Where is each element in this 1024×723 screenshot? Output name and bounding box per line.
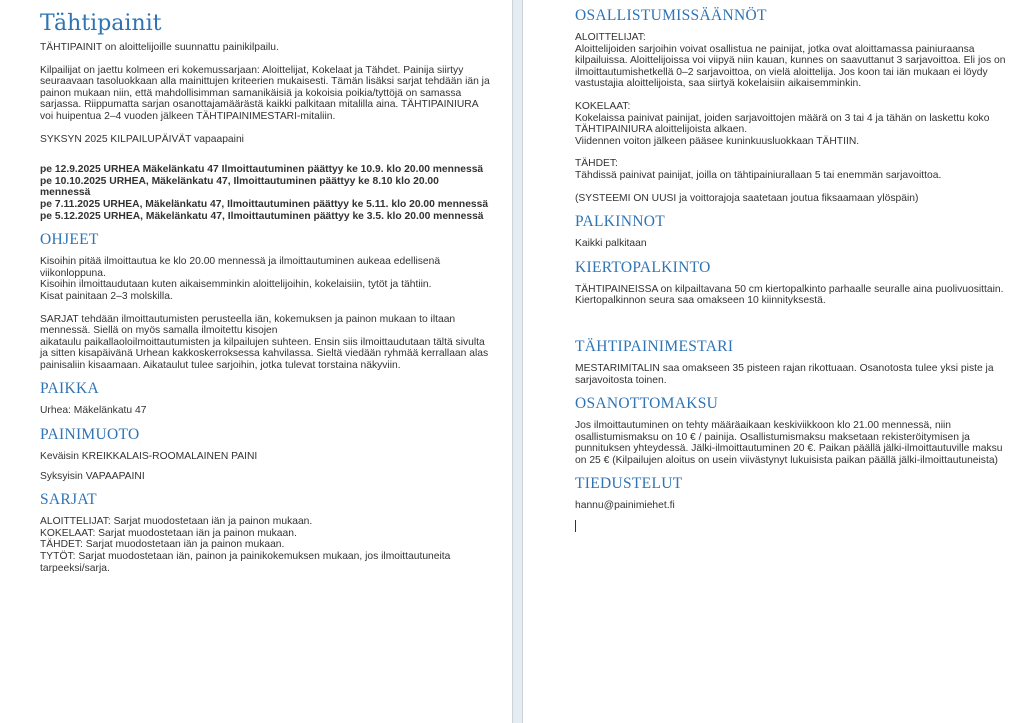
section-heading-kiertopalkinto: KIERTOPALKINTO — [575, 258, 1014, 278]
ohjeet-paragraph-1[interactable]: Kisoihin pitää ilmoittautua ke klo 20.00… — [40, 256, 492, 279]
paikka-text[interactable]: Urhea: Mäkelänkatu 47 — [40, 405, 492, 417]
text-cursor — [575, 520, 576, 532]
competition-date-2[interactable]: pe 10.10.2025 URHEA, Mäkelänkatu 47, Ilm… — [40, 176, 492, 199]
kiertopalkinto-text[interactable]: TÄHTIPAINEISSA on kilpailtavana 50 cm ki… — [575, 284, 1014, 307]
kokelaat-rules[interactable]: Kokelaissa painivat painijat, joiden sar… — [575, 113, 1014, 136]
section-heading-palkinnot: PALKINNOT — [575, 212, 1014, 232]
sarjat-line-tahdet[interactable]: TÄHDET: Sarjat muodostetaan iän ja paino… — [40, 539, 492, 551]
document-title: Tähtipainit — [40, 10, 492, 38]
painimuoto-autumn[interactable]: Syksyisin VAPAAPAINI — [40, 471, 492, 483]
section-heading-painimuoto: PAINIMUOTO — [40, 425, 492, 445]
page-left-content: Tähtipainit TÄHTIPAINIT on aloittelijoil… — [40, 0, 492, 574]
section-heading-paikka: PAIKKA — [40, 379, 492, 399]
osanottomaksu-text[interactable]: Jos ilmoittautuminen on tehty määräaikaa… — [575, 420, 1014, 466]
sarjat-line-aloittelijat[interactable]: ALOITTELIJAT: Sarjat muodostetaan iän ja… — [40, 516, 492, 528]
empty-paragraph[interactable] — [575, 520, 1014, 532]
competition-date-1[interactable]: pe 12.9.2025 URHEA Mäkelänkatu 47 Ilmoit… — [40, 164, 492, 176]
ohjeet-paragraph-4[interactable]: SARJAT tehdään ilmoittautumisten peruste… — [40, 314, 492, 337]
rules-note[interactable]: (SYSTEEMI ON UUSI ja voittorajoja saatet… — [575, 193, 1014, 205]
description-text[interactable]: Kilpailijat on jaettu kolmeen eri kokemu… — [40, 65, 492, 123]
page-right-content: OSALLISTUMISSÄÄNNÖT ALOITTELIJAT: Aloitt… — [575, 0, 1014, 532]
section-heading-tahtipainimestari: TÄHTIPAINIMESTARI — [575, 337, 1014, 357]
ohjeet-paragraph-2[interactable]: Kisoihin ilmoittaudutaan kuten aikaisemm… — [40, 279, 492, 291]
intro-text[interactable]: TÄHTIPAINIT on aloittelijoille suunnattu… — [40, 42, 492, 54]
painimuoto-spring[interactable]: Keväisin KREIKKALAIS-ROOMALAINEN PAINI — [40, 451, 492, 463]
section-heading-tiedustelut: TIEDUSTELUT — [575, 474, 1014, 494]
ohjeet-paragraph-3[interactable]: Kisat painitaan 2–3 molskilla. — [40, 291, 492, 303]
section-heading-osanottomaksu: OSANOTTOMAKSU — [575, 394, 1014, 414]
sarjat-line-kokelaat[interactable]: KOKELAAT: Sarjat muodostetaan iän ja pai… — [40, 528, 492, 540]
section-heading-osallistumissaannot: OSALLISTUMISSÄÄNNÖT — [575, 6, 1014, 26]
tahdet-rules[interactable]: Tähdissä painivat painijat, joilla on tä… — [575, 170, 1014, 182]
aloittelijat-label[interactable]: ALOITTELIJAT: — [575, 32, 1014, 44]
season-heading[interactable]: SYKSYN 2025 KILPAILUPÄIVÄT vapaapaini — [40, 134, 492, 146]
kokelaat-rules-2[interactable]: Viidennen voiton jälkeen pääsee kuninkuu… — [575, 136, 1014, 148]
ohjeet-paragraph-5[interactable]: aikataulu paikallaoloilmoittautumisten j… — [40, 337, 492, 372]
section-heading-ohjeet: OHJEET — [40, 230, 492, 250]
document-page-left: Tähtipainit TÄHTIPAINIT on aloittelijoil… — [0, 0, 512, 723]
tahdet-label[interactable]: TÄHDET: — [575, 158, 1014, 170]
page-gutter — [512, 0, 523, 723]
competition-date-3[interactable]: pe 7.11.2025 URHEA, Mäkelänkatu 47, Ilmo… — [40, 199, 492, 211]
kokelaat-label[interactable]: KOKELAAT: — [575, 101, 1014, 113]
contact-email[interactable]: hannu@painimiehet.fi — [575, 500, 1014, 512]
competition-date-4[interactable]: pe 5.12.2025 URHEA, Mäkelänkatu 47, Ilmo… — [40, 211, 492, 223]
document-page-right: OSALLISTUMISSÄÄNNÖT ALOITTELIJAT: Aloitt… — [524, 0, 1024, 723]
sarjat-line-tytot[interactable]: TYTÖT: Sarjat muodostetaan iän, painon j… — [40, 551, 492, 574]
palkinnot-text[interactable]: Kaikki palkitaan — [575, 238, 1014, 250]
section-heading-sarjat: SARJAT — [40, 490, 492, 510]
aloittelijat-rules[interactable]: Aloittelijoiden sarjoihin voivat osallis… — [575, 44, 1014, 90]
tahtipainimestari-text[interactable]: MESTARIMITALIN saa omakseen 35 pisteen r… — [575, 363, 1014, 386]
